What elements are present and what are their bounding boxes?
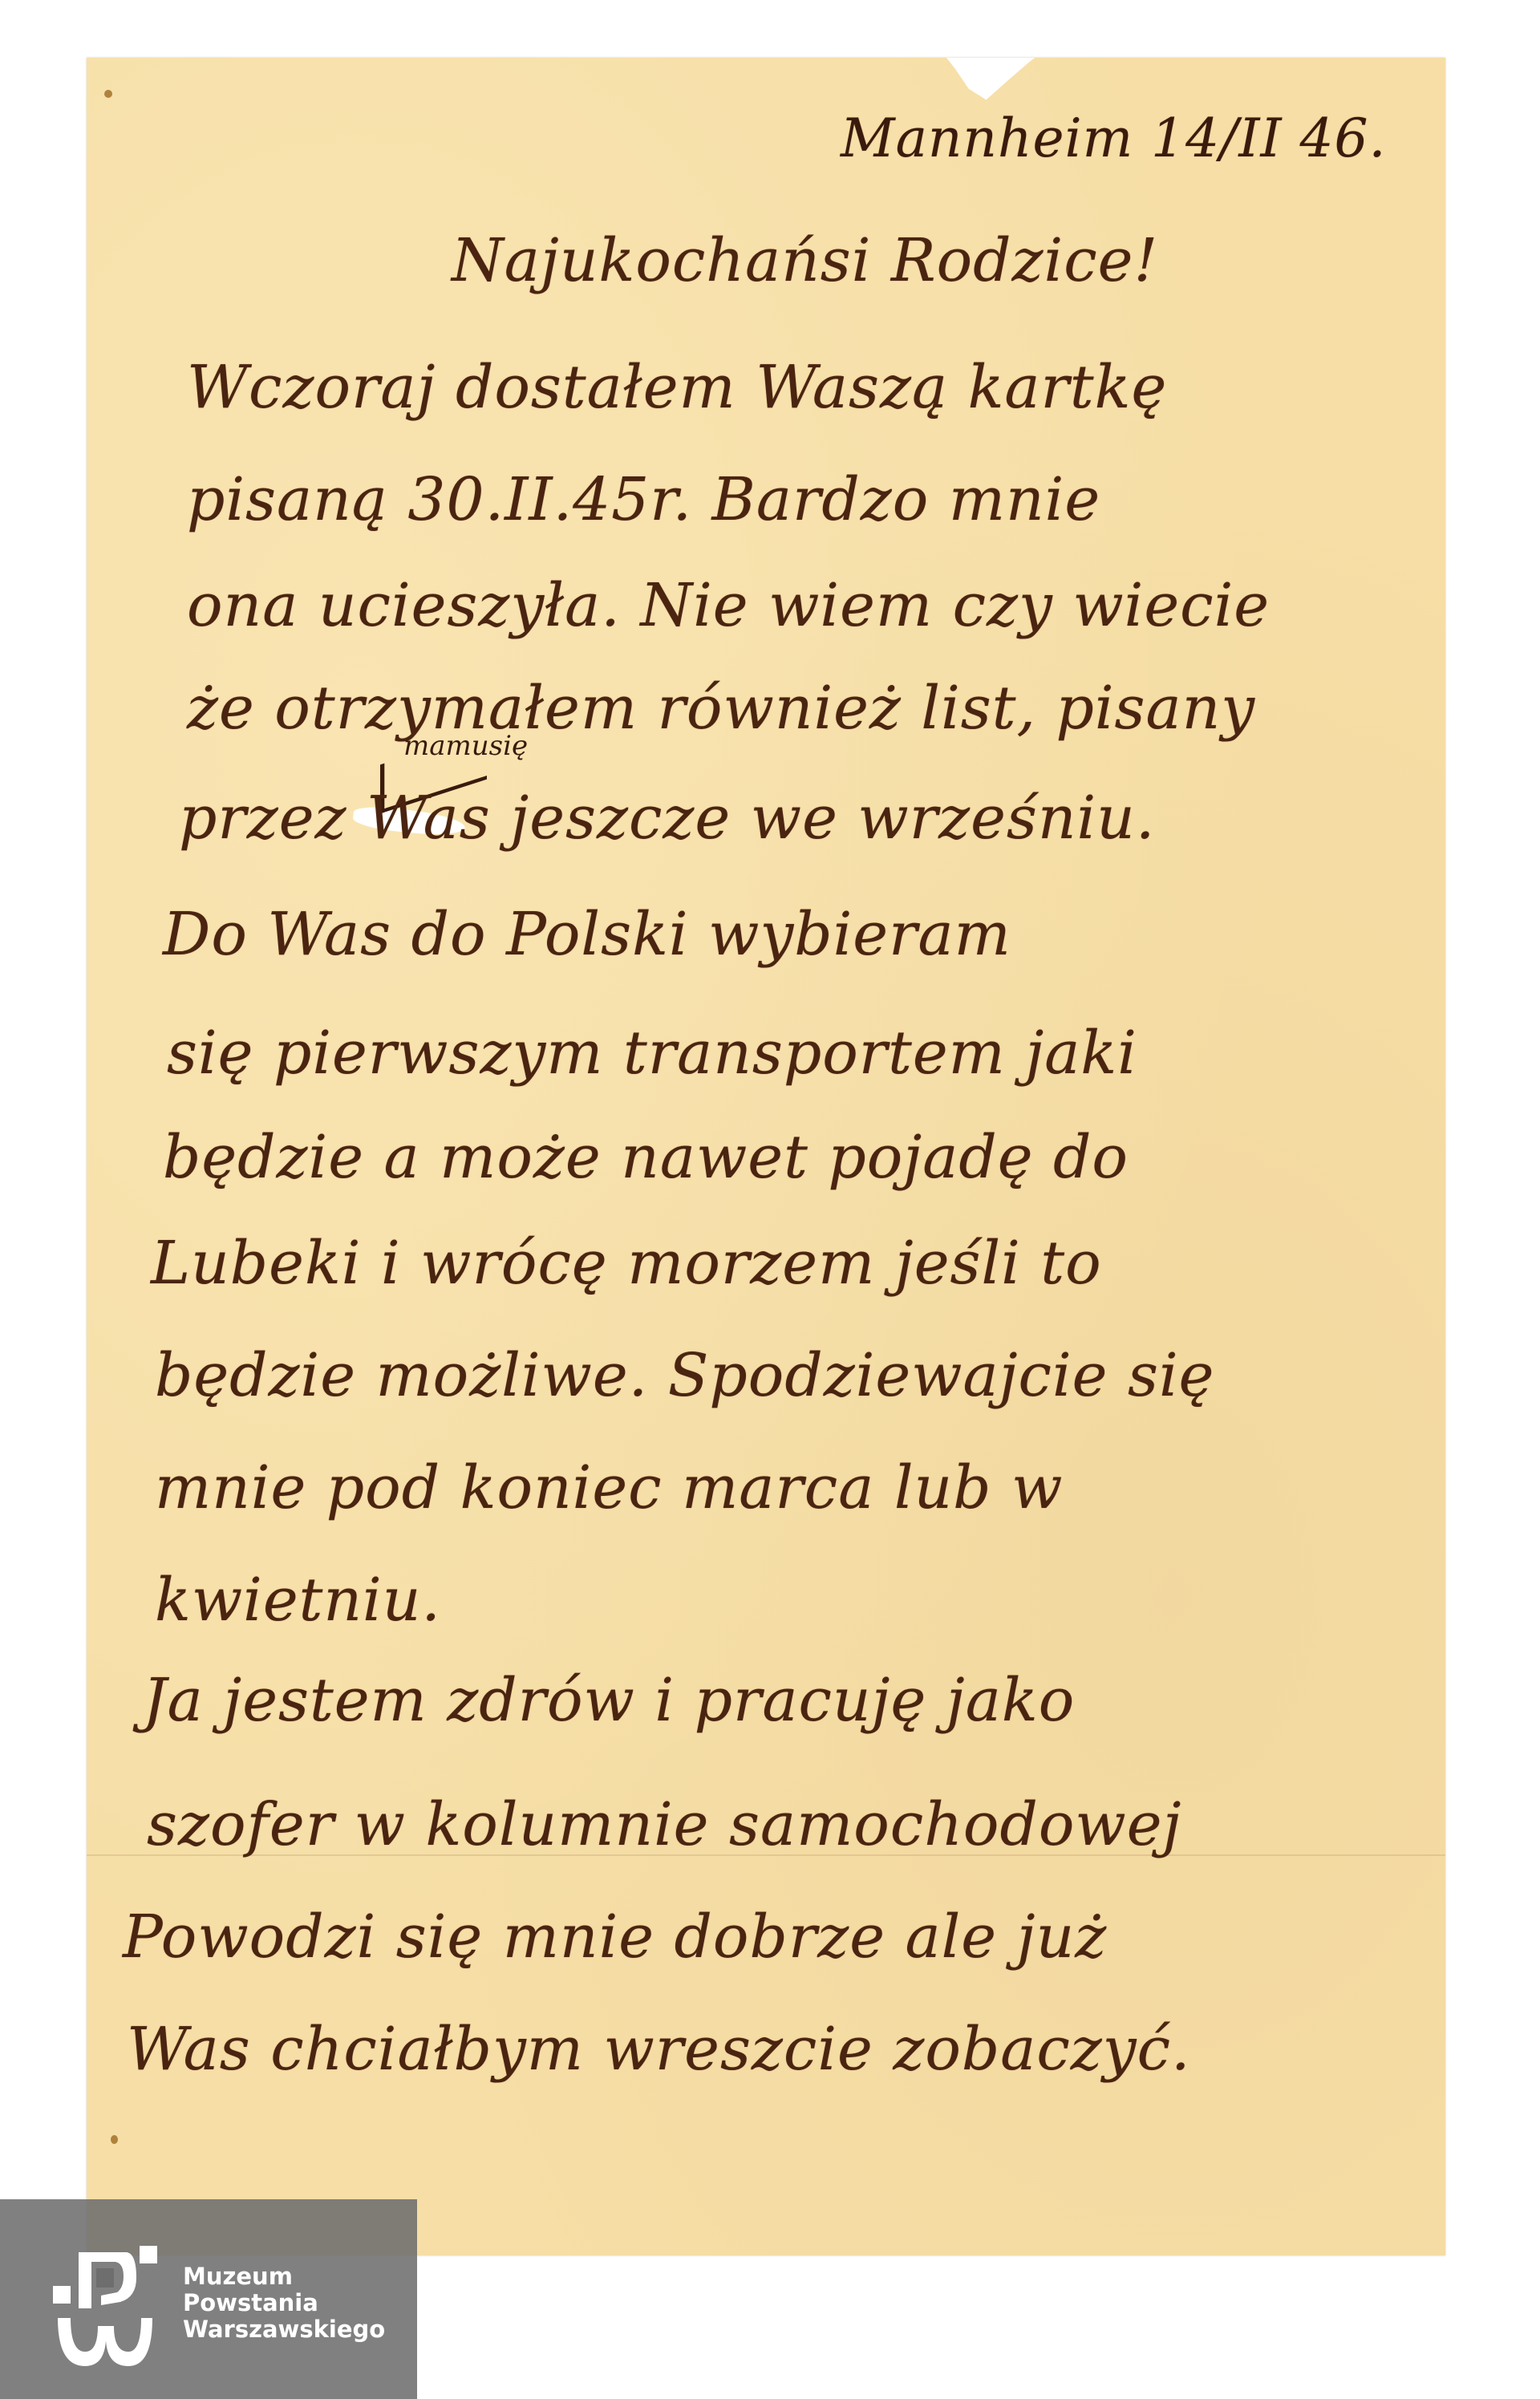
letter-line-9: Lubeki i wrócę morzem jeśli to	[151, 1229, 1102, 1298]
letter-line-1: Wczoraj dostałem Waszą kartkę	[187, 353, 1167, 422]
letter-line-5: przez Was jeszcze we wrześniu.	[179, 784, 1155, 853]
letter-line-16: Was chciałbym wreszcie zobaczyć.	[127, 2015, 1191, 2084]
museum-name-line2: Powstania	[183, 2290, 385, 2316]
letter-line-3: ona ucieszyła. Nie wiem czy wiecie	[187, 571, 1270, 640]
letter-line-14: szofer w kolumnie samochodowej	[147, 1790, 1181, 1859]
kotwica-anchor-icon	[53, 2246, 157, 2366]
letter-line-2: pisaną 30.II.45r. Bardzo mnie	[187, 465, 1100, 534]
letter-line-7: się pierwszym transportem jaki	[167, 1019, 1137, 1088]
letter-line-15: Powodzi się mnie dobrze ale już	[123, 1903, 1107, 1971]
place-date: Mannheim 14/II 46.	[841, 107, 1386, 169]
letter-line-8: będzie a może nawet pojadę do	[163, 1123, 1129, 1192]
letter-line-10: będzie możliwe. Spodziewajcie się	[155, 1341, 1214, 1410]
ink-spot	[111, 2135, 118, 2144]
ink-spot	[104, 90, 112, 98]
letter-line-13: Ja jestem zdrów i pracuję jako	[143, 1666, 1075, 1735]
letter-paper: Mannheim 14/II 46. Najukochańsi Rodzice!…	[87, 58, 1445, 2255]
museum-name: Muzeum Powstania Warszawskiego	[183, 2263, 385, 2343]
letter-line-6: Do Was do Polski wybieram	[163, 900, 1011, 969]
museum-name-line1: Muzeum	[183, 2263, 385, 2290]
letter-line-12: kwietniu.	[155, 1566, 441, 1635]
torn-edge	[946, 58, 1035, 114]
salutation: Najukochańsi Rodzice!	[452, 226, 1158, 295]
letter-line-4: że otrzymałem również list, pisany	[187, 674, 1255, 743]
museum-name-line3: Warszawskiego	[183, 2316, 385, 2343]
museum-watermark: Muzeum Powstania Warszawskiego	[0, 2199, 417, 2399]
letter-line-11: mnie pod koniec marca lub w	[155, 1453, 1063, 1522]
